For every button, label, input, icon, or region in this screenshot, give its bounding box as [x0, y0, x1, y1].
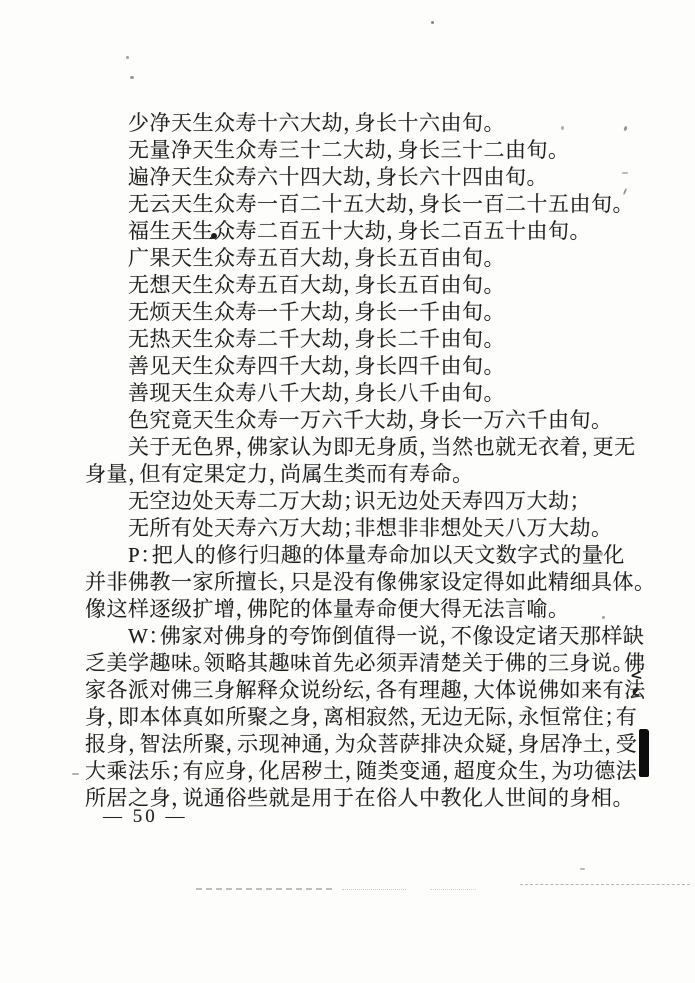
text-line: W：佛家对佛身的夸饰倒值得一说，不像设定诸天那样缺 [85, 623, 630, 650]
scan-speck [622, 172, 628, 174]
text-line: 关于无色界，佛家认为即无身质，当然也就无衣着，更无 [85, 434, 630, 461]
scan-artifact-line [520, 884, 690, 885]
scan-speck [580, 868, 585, 870]
scan-speck [602, 616, 605, 619]
text-line: 并非佛教一家所擅长，只是没有像佛家设定得如此精细具体。 [85, 569, 630, 596]
text-line: 身，即本体真如所聚之身，离相寂然，无边无际，永恒常住；有 [85, 704, 630, 731]
text-line: 无量净天生众寿三十二大劫，身长三十二由旬。 [85, 137, 630, 164]
body-text: 少净天生众寿十六大劫，身长十六由旬。无量净天生众寿三十二大劫，身长三十二由旬。遍… [85, 110, 630, 812]
text-line: 遍净天生众寿六十四大劫，身长六十四由旬。 [85, 164, 630, 191]
text-line: 无所有处天寿六万大劫；非想非非想处天八万大劫。 [85, 515, 630, 542]
scan-artifact-line [196, 888, 332, 890]
scan-speck [72, 773, 79, 775]
text-line: 福生天生众寿二百五十大劫，身长二百五十由旬。 [85, 218, 630, 245]
scan-speck [130, 76, 134, 79]
text-line: 无空边处天寿二万大劫；识无边处天寿四万大劫； [85, 488, 630, 515]
scan-speck [431, 21, 434, 24]
page-number: — 50 — [103, 806, 188, 828]
text-line: P：把人的修行归趣的体量寿命加以天文数字式的量化 [85, 542, 630, 569]
scan-ink-bar [639, 729, 649, 777]
scanned-book-page: 少净天生众寿十六大劫，身长十六由旬。无量净天生众寿三十二大劫，身长三十二由旬。遍… [0, 0, 695, 983]
text-line: 少净天生众寿十六大劫，身长十六由旬。 [85, 110, 630, 137]
text-line: 无烦天生众寿一千大劫，身长一千由旬。 [85, 299, 630, 326]
margin-proof-mark-icon: < [629, 665, 643, 684]
text-line: 像这样逐级扩增，佛陀的体量寿命便大得无法言喻。 [85, 596, 630, 623]
margin-proof-mark-icon: c [632, 684, 640, 700]
scan-speck [561, 126, 564, 130]
text-line: 家各派对佛三身解释众说纷纭，各有理趣，大体说佛如来有法 [85, 677, 630, 704]
text-line: 善见天生众寿四千大劫，身长四千由旬。 [85, 353, 630, 380]
text-line: 身量，但有定果定力，尚属生类而有寿命。 [85, 461, 630, 488]
text-line: 善现天生众寿八千大劫，身长八千由旬。 [85, 380, 630, 407]
scan-artifact-line [342, 889, 406, 890]
text-line: 乏美学趣味。领略其趣味首先必须弄清楚关于佛的三身说。佛 [85, 650, 630, 677]
text-line: 色究竟天生众寿一万六千大劫，身长一万六千由旬。 [85, 407, 630, 434]
text-line: 无云天生众寿一百二十五大劫，身长一百二十五由旬。 [85, 191, 630, 218]
text-line: 报身，智法所聚，示现神通，为众菩萨排决众疑，身居净土，受 [85, 731, 630, 758]
text-line: 广果天生众寿五百大劫，身长五百由旬。 [85, 245, 630, 272]
text-line: 无热天生众寿二千大劫，身长二千由旬。 [85, 326, 630, 353]
scan-speck [211, 233, 217, 239]
scan-speck [126, 56, 129, 59]
text-line: 无想天生众寿五百大劫，身长五百由旬。 [85, 272, 630, 299]
scan-artifact-line [430, 889, 476, 890]
text-line: 大乘法乐；有应身，化居秽土，随类变通，超度众生，为功德法 [85, 758, 630, 785]
